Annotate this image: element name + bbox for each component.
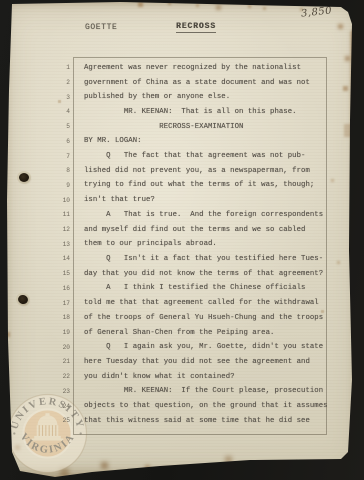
right-edge-stain: [350, 30, 356, 190]
transcript-line: 23 MR. KEENAN: If the Court please, pros…: [54, 384, 340, 399]
line-number: 14: [54, 255, 72, 262]
line-text: objects to that question, on the ground …: [84, 402, 328, 410]
line-number: 7: [54, 153, 72, 160]
witness-name-header: GOETTE: [85, 23, 117, 32]
transcript-line: 13them to our principals abroad.: [54, 237, 340, 252]
transcript-line: 1Agreement was never recognized by the n…: [54, 61, 340, 76]
transcript-line: 16 A I think I testified the Chinese off…: [54, 281, 340, 296]
line-text: of General Shan-Chen from the Peiping ar…: [84, 329, 274, 337]
transcript-line: 22you didn't know what it contained?: [54, 369, 340, 384]
line-number: 5: [54, 123, 72, 130]
line-text: published by them or anyone else.: [84, 93, 230, 101]
line-number: 20: [54, 344, 72, 351]
line-number: 22: [54, 373, 72, 380]
line-number: 18: [54, 314, 72, 321]
line-text: of the troops of General Yu Hsueh-Chung …: [84, 314, 323, 322]
transcript-line: 4 MR. KEENAN: That is all on this phase.: [54, 105, 340, 120]
punch-hole-top: [19, 173, 29, 182]
transcript-line: 24objects to that question, on the groun…: [54, 399, 340, 414]
examination-type-header: RECROSS: [176, 22, 216, 33]
line-number: 16: [54, 285, 72, 292]
transcript-line: 6BY MR. LOGAN:: [54, 134, 340, 149]
line-text: Q I again ask you, Mr. Goette, didn't yo…: [84, 343, 323, 351]
line-text: told me that that agreement called for t…: [84, 299, 319, 307]
transcript-lines: 1Agreement was never recognized by the n…: [54, 57, 340, 428]
line-number: 10: [54, 197, 72, 204]
line-text: A That is true. And the foreign correspo…: [84, 211, 323, 219]
line-text: trying to find out what the terms of it …: [84, 181, 314, 189]
line-number: 21: [54, 358, 72, 365]
transcript-line: 5 RECROSS-EXAMINATION: [54, 119, 340, 134]
stamp-left-dot: [13, 432, 15, 434]
transcript-line: 21here Tuesday that you did not see the …: [54, 355, 340, 370]
line-text: Agreement was never recognized by the na…: [84, 64, 301, 72]
line-number: 23: [54, 388, 72, 395]
line-text: government of China as a state document …: [84, 79, 310, 87]
transcript-line: 2government of China as a state document…: [54, 75, 340, 90]
line-number: 4: [54, 108, 72, 115]
line-number: 24: [54, 403, 72, 410]
line-number: 1: [54, 64, 72, 71]
line-text: here Tuesday that you did not see the ag…: [84, 358, 310, 366]
line-number: 19: [54, 329, 72, 336]
line-text: you didn't know what it contained?: [84, 373, 235, 381]
paper-sheet: UNIVERSITY VIRGINIA GOETTE RECROSS 3,850…: [0, 0, 364, 480]
transcript-line: 17told me that that agreement called for…: [54, 296, 340, 311]
line-number: 6: [54, 138, 72, 145]
line-text: them to our principals abroad.: [84, 240, 217, 248]
line-number: 25: [54, 417, 72, 424]
scanned-transcript-page: UNIVERSITY VIRGINIA GOETTE RECROSS 3,850…: [0, 0, 364, 480]
line-text: Q The fact that that agreement was not p…: [84, 152, 305, 160]
transcript-line: 18of the troops of General Yu Hsueh-Chun…: [54, 310, 340, 325]
line-number: 15: [54, 270, 72, 277]
line-text: that this witness said at some time that…: [84, 417, 310, 425]
line-number: 3: [54, 94, 72, 101]
line-text: MR. KEENAN: That is all on this phase.: [84, 108, 297, 116]
transcript-line: 12and myself did find out the terms and …: [54, 222, 340, 237]
transcript-line: 11 A That is true. And the foreign corre…: [54, 208, 340, 223]
transcript-line: 3published by them or anyone else.: [54, 90, 340, 105]
line-number: 8: [54, 167, 72, 174]
transcript-line: 8lished did not prevent you, as a newspa…: [54, 163, 340, 178]
line-number: 11: [54, 211, 72, 218]
line-number: 2: [54, 79, 72, 86]
line-text: lished did not prevent you, as a newspap…: [84, 167, 310, 175]
transcript-line: 7 Q The fact that that agreement was not…: [54, 149, 340, 164]
line-text: Q Isn't it a fact that you testified her…: [84, 255, 323, 263]
transcript-line: 10isn't that true?: [54, 193, 340, 208]
line-number: 9: [54, 182, 72, 189]
transcript-line: 20 Q I again ask you, Mr. Goette, didn't…: [54, 340, 340, 355]
line-number: 12: [54, 226, 72, 233]
handwritten-page-number: 3,850: [301, 5, 333, 19]
line-text: RECROSS-EXAMINATION: [84, 123, 243, 131]
line-number: 17: [54, 300, 72, 307]
transcript-line: 19of General Shan-Chen from the Peiping …: [54, 325, 340, 340]
line-number: 13: [54, 241, 72, 248]
line-text: BY MR. LOGAN:: [84, 137, 142, 145]
transcript-line: 15day that you did not know the terms of…: [54, 266, 340, 281]
line-text: and myself did find out the terms and we…: [84, 226, 305, 234]
transcript-line: 9trying to find out what the terms of it…: [54, 178, 340, 193]
age-spots: [0, 0, 1, 1]
line-text: isn't that true?: [84, 196, 155, 204]
transcript-line: 25that this witness said at some time th…: [54, 413, 340, 428]
transcript-line: 14 Q Isn't it a fact that you testified …: [54, 252, 340, 267]
line-text: day that you did not know the terms of t…: [84, 270, 323, 278]
punch-hole-bottom: [17, 294, 29, 305]
line-text: A I think I testified the Chinese offici…: [84, 284, 305, 292]
line-text: MR. KEENAN: If the Court please, prosecu…: [84, 387, 323, 395]
